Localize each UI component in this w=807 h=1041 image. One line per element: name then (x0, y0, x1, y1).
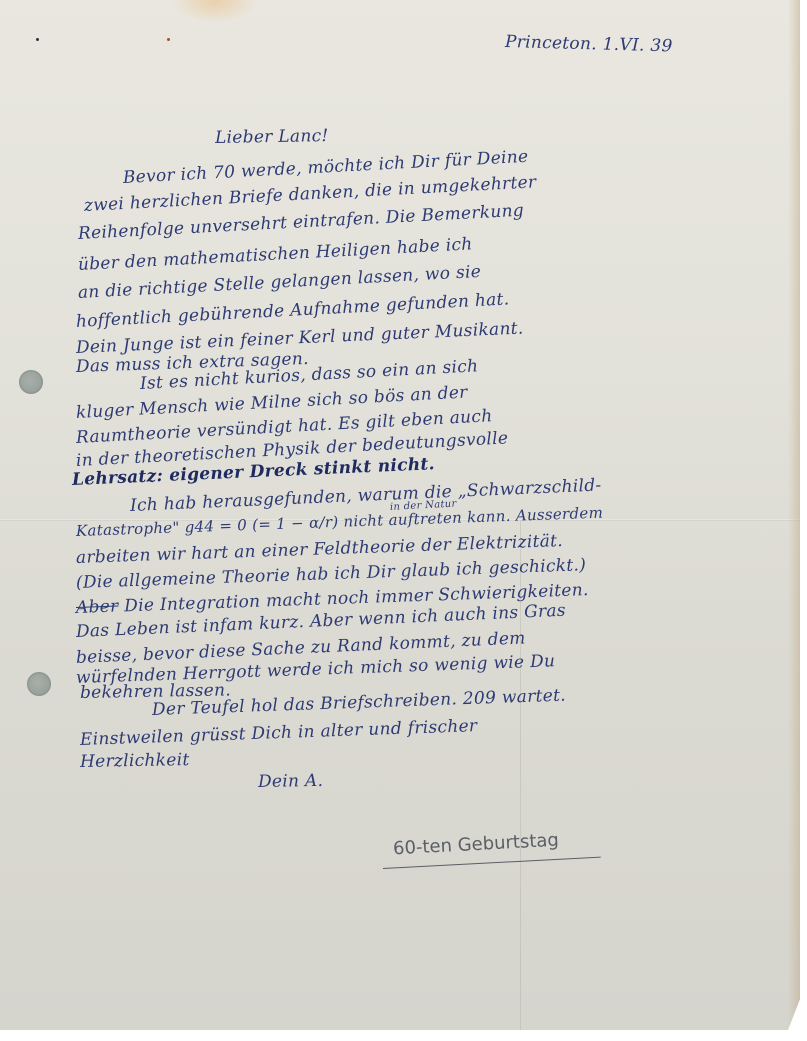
ink-speck (36, 38, 39, 41)
struck-word: Aber (76, 597, 119, 618)
punch-hole-upper (19, 370, 43, 394)
punch-hole-lower (27, 672, 51, 696)
pencil-annotation: 60-ten Geburtstag (393, 830, 560, 860)
letter-paper: Princeton. 1.VI. 39 Lieber Lanc! Bevor i… (0, 0, 800, 1030)
salutation: Lieber Lanc! (215, 126, 329, 148)
pencil-underline (383, 857, 601, 869)
rust-speck (167, 38, 170, 41)
body-line-25: Herzlichkeit (80, 750, 190, 772)
body-line-24: Einstweilen grüsst Dich in alter und fri… (80, 716, 478, 750)
place-date: Princeton. 1.VI. 39 (505, 32, 673, 56)
closing-signature: Dein A. (258, 771, 324, 792)
